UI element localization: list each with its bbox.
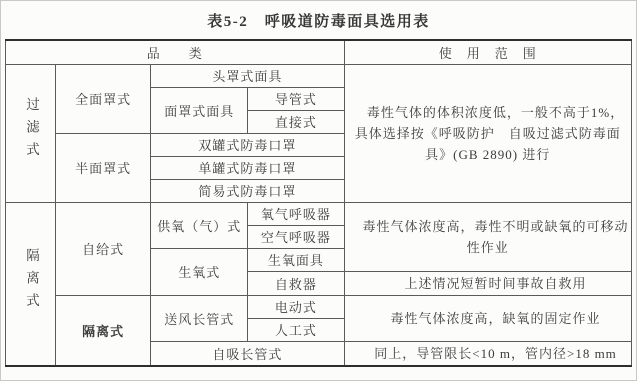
cell-usage-mobile: 毒性气体浓度高，毒性不明或缺氧的可移动性作业 — [344, 202, 631, 271]
table-title: 表5-2 呼吸道防毒面具选用表 — [1, 1, 636, 33]
header-category: 品 类 — [6, 40, 345, 64]
table-row: 隔离式 送风长管式 电动式 毒性气体浓度高，缺氧的固定作业 — [6, 295, 632, 318]
table-header-row: 品 类 使 用 范 围 — [6, 40, 632, 64]
table-row: 隔离式 自给式 供氧（气）式 氧气呼吸器 毒性气体浓度高，毒性不明或缺氧的可移动… — [6, 202, 632, 225]
cell-isolation-type-label: 隔离式 — [23, 248, 38, 316]
cell-single-canister: 单罐式防毒口罩 — [151, 156, 344, 179]
cell-duct-type: 导管式 — [248, 87, 344, 110]
cell-full-face: 全面罩式 — [56, 64, 151, 133]
cell-filter-type: 过滤式 — [6, 64, 56, 202]
cell-usage-same: 同上，导管限长<10 m，管内径>18 mm — [344, 341, 631, 366]
scanned-page: 表5-2 呼吸道防毒面具选用表 品 类 使 用 范 围 过滤式 全面罩式 头罩式… — [0, 0, 637, 381]
respirator-selection-table: 品 类 使 用 范 围 过滤式 全面罩式 头罩式面具 毒性气体的体积浓度低，一般… — [5, 39, 632, 367]
cell-supplied-hose: 送风长管式 — [151, 295, 248, 341]
cell-double-canister: 双罐式防毒口罩 — [151, 133, 344, 156]
cell-oxygen-supply: 供氧（气）式 — [151, 202, 248, 248]
cell-usage-filter: 毒性气体的体积浓度低，一般不高于1%，具体选择按《呼吸防护 自吸过滤式防毒面具》… — [344, 64, 631, 202]
cell-self-priming-hose: 自吸长管式 — [151, 341, 344, 366]
cell-oxygen-mask: 生氧面具 — [248, 248, 344, 271]
cell-direct-type: 直接式 — [248, 110, 344, 133]
cell-air-respirator: 空气呼吸器 — [248, 225, 344, 248]
cell-half-face: 半面罩式 — [56, 133, 151, 202]
cell-manual: 人工式 — [248, 318, 344, 341]
cell-usage-fixed: 毒性气体浓度高，缺氧的固定作业 — [344, 295, 631, 341]
cell-usage-self-rescue: 上述情况短暂时间事故自救用 — [344, 271, 631, 295]
cell-isolation-sub: 隔离式 — [56, 295, 151, 366]
cell-face-mask: 面罩式面具 — [151, 87, 248, 133]
table-row: 过滤式 全面罩式 头罩式面具 毒性气体的体积浓度低，一般不高于1%，具体选择按《… — [6, 64, 632, 87]
header-usage-range: 使 用 范 围 — [344, 40, 631, 64]
cell-self-contained: 自给式 — [56, 202, 151, 295]
cell-filter-type-label: 过滤式 — [23, 97, 38, 165]
cell-isolation-type: 隔离式 — [6, 202, 56, 366]
cell-self-rescuer: 自救器 — [248, 271, 344, 295]
cell-oxygen-generating: 生氧式 — [151, 248, 248, 295]
cell-hood-mask: 头罩式面具 — [151, 64, 344, 87]
cell-oxygen-respirator: 氧气呼吸器 — [248, 202, 344, 225]
cell-electric: 电动式 — [248, 295, 344, 318]
cell-simple-mask: 简易式防毒口罩 — [151, 179, 344, 202]
